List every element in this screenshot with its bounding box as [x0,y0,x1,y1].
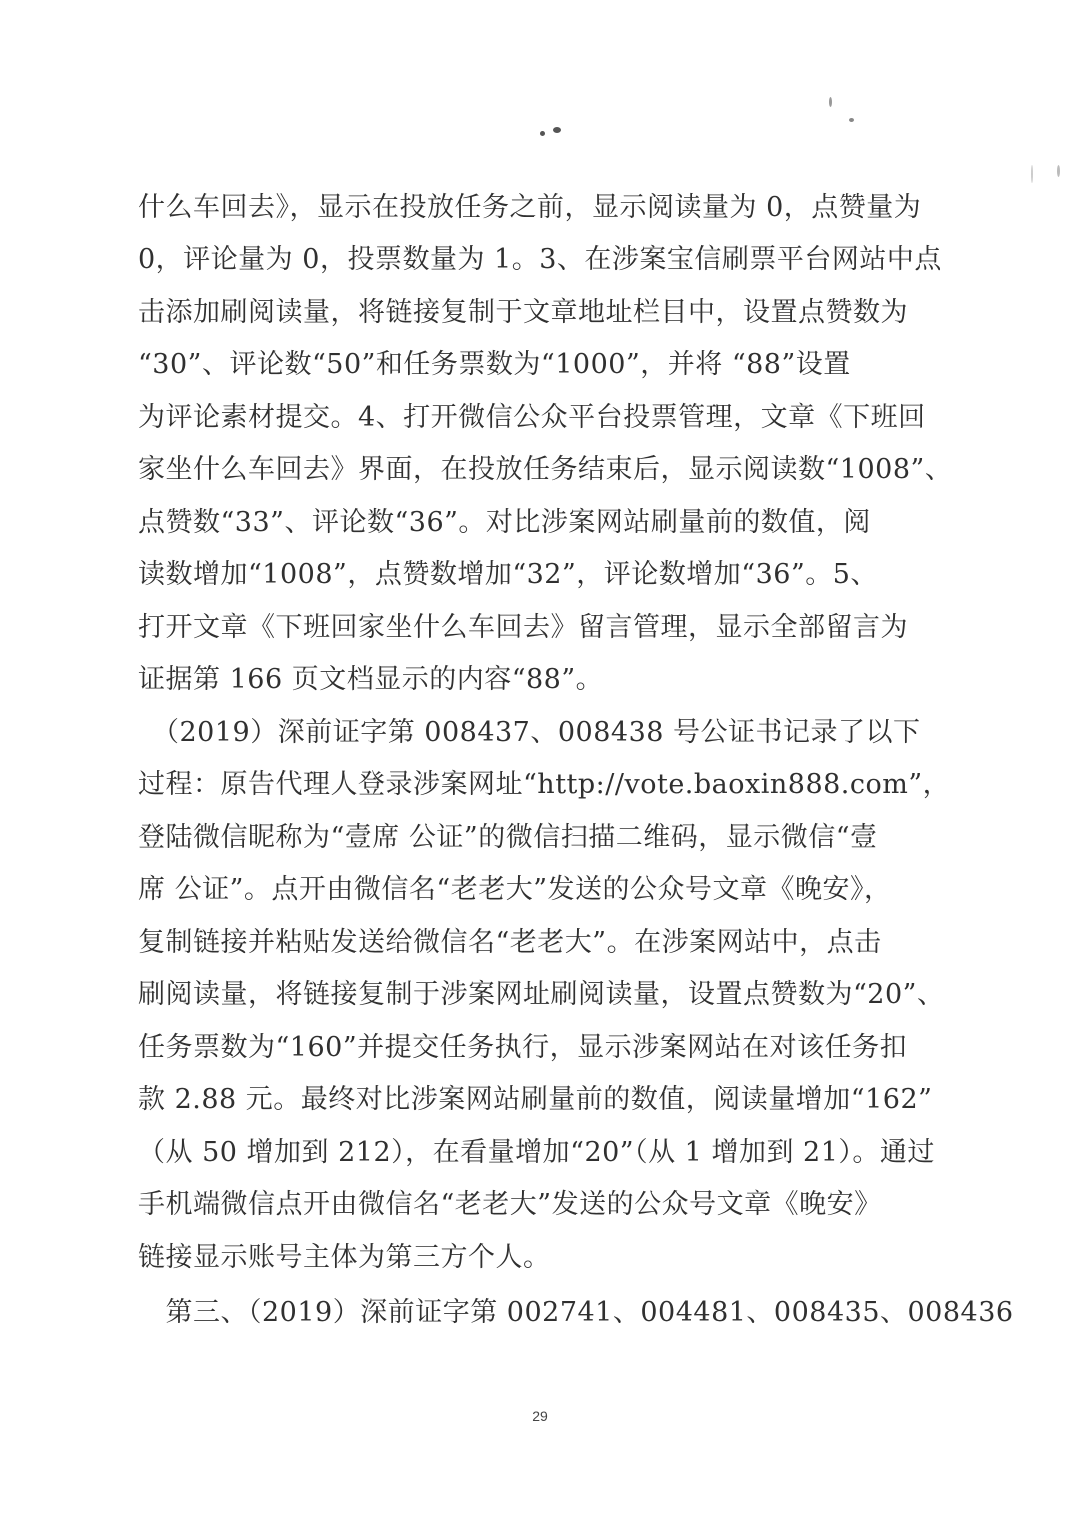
text-line: 打开文章《下班回家坐什么车回去》留言管理，显示全部留言为 [138,608,908,648]
text-line: 席 公证”。点开由微信名“老老大”发送的公众号文章《晚安》， [138,870,892,910]
scan-speck [1057,165,1060,177]
text-line: 任务票数为“160”并提交任务执行，显示涉案网站在对该任务扣 [138,1028,907,1068]
scan-speck [829,97,832,107]
text-line: 刷阅读量，将链接复制于涉案网址刷阅读量，设置点赞数为“20”、 [138,975,944,1015]
text-line: 读数增加“1008”，点赞数增加“32”，评论数增加“36”。5、 [138,555,878,595]
text-line: 什么车回去》，显示在投放任务之前，显示阅读量为 0，点赞量为 [138,188,921,228]
text-line: 点赞数“33”、评论数“36”。对比涉案网站刷量前的数值，阅 [138,503,871,543]
text-line: 证据第 166 页文档显示的内容“88”。 [138,660,603,700]
text-line: 登陆微信昵称为“壹席 公证”的微信扫描二维码，显示微信“壹 [138,818,878,858]
text-line: 击添加刷阅读量，将链接复制于文章地址栏目中，设置点赞数为 [138,293,908,333]
text-line: “30”、评论数“50”和任务票数为“1000”，并将 “88”设置 [138,345,851,385]
page-number: 29 [0,1408,1080,1424]
scan-speck [849,118,854,122]
text-line: 为评论素材提交。4、打开微信公众平台投票管理，文章《下班回 [138,398,926,438]
text-line: 0，评论量为 0，投票数量为 1。3、在涉案宝信刷票平台网站中点 [138,240,942,280]
scan-speck [553,127,561,133]
text-line: 过程：原告代理人登录涉案网址“http://vote.baoxin888.com… [138,765,950,805]
text-line: 家坐什么车回去》界面，在投放任务结束后，显示阅读数“1008”、 [138,450,952,490]
document-page: 什么车回去》，显示在投放任务之前，显示阅读量为 0，点赞量为 0，评论量为 0，… [0,0,1080,1528]
text-line: （从 50 增加到 212），在看量增加“20”（从 1 增加到 21）。通过 [138,1133,935,1173]
scan-speck [1031,165,1033,183]
paragraph-start: 第三、（2019）深前证字第 002741、004481、008435、0084… [138,1293,1014,1333]
text-line: 链接显示账号主体为第三方个人。 [138,1238,551,1278]
text-line: 款 2.88 元。最终对比涉案网站刷量前的数值，阅读量增加“162” [138,1080,932,1120]
paragraph-start: （2019）深前证字第 008437、008438 号公证书记录了以下 [138,713,921,753]
scan-speck [540,131,545,136]
text-line: 复制链接并粘贴发送给微信名“老老大”。在涉案网站中，点击 [138,923,882,963]
text-line: 手机端微信点开由微信名“老老大”发送的公众号文章《晚安》 [138,1185,882,1225]
